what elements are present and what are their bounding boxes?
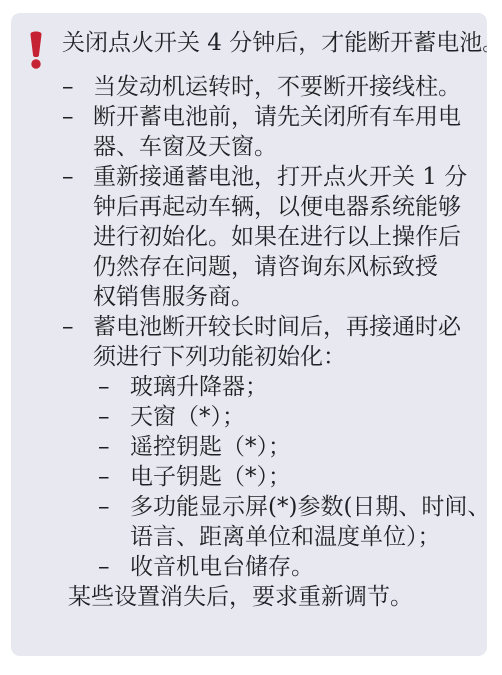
list-item: –断开蓄电池前，请先关闭所有车用电器、车窗及天窗。 xyxy=(28,102,481,162)
list-item-text: 电子钥匙（*）； xyxy=(130,462,291,492)
text-line: 多功能显示屏(*)参数(日期、时间、 xyxy=(130,492,487,522)
dash-marker: – xyxy=(62,312,93,342)
warning-header: 关闭点火开关 4 分钟后，才能断开蓄电池。 xyxy=(28,28,481,69)
text-line: 语言、距离单位和温度单位）； xyxy=(130,522,487,552)
dash-marker: – xyxy=(98,432,130,462)
dash-marker: – xyxy=(98,492,130,522)
list-item-text: 遥控钥匙（*）； xyxy=(130,432,291,462)
text-line: 天窗（*）； xyxy=(130,402,245,432)
text-line: 重新接通蓄电池，打开点火开关 1 分 xyxy=(93,162,467,192)
text-line: 须进行下列功能初始化： xyxy=(93,342,461,372)
list-item-text: 重新接通蓄电池，打开点火开关 1 分钟后再起动车辆，以便电器系统能够进行初始化。… xyxy=(93,162,467,312)
warning-list: –当发动机运转时，不要断开接线柱。–断开蓄电池前，请先关闭所有车用电器、车窗及天… xyxy=(28,72,481,612)
list-item-text: 多功能显示屏(*)参数(日期、时间、语言、距离单位和温度单位）； xyxy=(130,492,487,552)
manual-page: 关闭点火开关 4 分钟后，才能断开蓄电池。 –当发动机运转时，不要断开接线柱。–… xyxy=(0,0,502,675)
dash-marker: – xyxy=(62,72,93,102)
list-item-text: 天窗（*）； xyxy=(130,402,245,432)
warning-panel: 关闭点火开关 4 分钟后，才能断开蓄电池。 –当发动机运转时，不要断开接线柱。–… xyxy=(11,13,487,656)
text-line: 遥控钥匙（*）； xyxy=(130,432,291,462)
dash-marker: – xyxy=(62,102,93,132)
list-item: –蓄电池断开较长时间后，再接通时必须进行下列功能初始化： xyxy=(28,312,481,372)
list-item: –重新接通蓄电池，打开点火开关 1 分钟后再起动车辆，以便电器系统能够进行初始化… xyxy=(28,162,481,312)
text-line: 当发动机运转时，不要断开接线柱。 xyxy=(93,72,461,102)
note-line: 某些设置消失后，要求重新调节。 xyxy=(28,582,481,612)
dash-marker: – xyxy=(98,552,130,582)
list-item: –天窗（*）； xyxy=(28,402,481,432)
text-line: 蓄电池断开较长时间后，再接通时必 xyxy=(93,312,461,342)
dash-marker: – xyxy=(62,162,93,192)
text-line: 某些设置消失后，要求重新调节。 xyxy=(68,582,413,612)
exclamation-icon xyxy=(28,28,62,69)
list-item-text: 蓄电池断开较长时间后，再接通时必须进行下列功能初始化： xyxy=(93,312,461,372)
text-line: 仍然存在问题，请咨询东风标致授 xyxy=(93,252,467,282)
list-item: –当发动机运转时，不要断开接线柱。 xyxy=(28,72,481,102)
list-item: –玻璃升降器； xyxy=(28,372,481,402)
list-item-text: 当发动机运转时，不要断开接线柱。 xyxy=(93,72,461,102)
list-item-text: 某些设置消失后，要求重新调节。 xyxy=(68,582,413,612)
text-line: 进行初始化。如果在进行以上操作后 xyxy=(93,222,467,252)
list-item-text: 玻璃升降器； xyxy=(130,372,268,402)
dash-marker: – xyxy=(98,372,130,402)
text-line: 断开蓄电池前，请先关闭所有车用电 xyxy=(93,102,461,132)
text-line: 玻璃升降器； xyxy=(130,372,268,402)
dash-marker: – xyxy=(98,462,130,492)
dash-marker: – xyxy=(98,402,130,432)
list-item-text: 断开蓄电池前，请先关闭所有车用电器、车窗及天窗。 xyxy=(93,102,461,162)
text-line: 权销售服务商。 xyxy=(93,282,467,312)
text-line: 器、车窗及天窗。 xyxy=(93,132,461,162)
list-item: –遥控钥匙（*）； xyxy=(28,432,481,462)
list-item-text: 收音机电台储存。 xyxy=(130,552,314,582)
list-item: –电子钥匙（*）； xyxy=(28,462,481,492)
list-item: –收音机电台储存。 xyxy=(28,552,481,582)
warning-title: 关闭点火开关 4 分钟后，才能断开蓄电池。 xyxy=(62,28,487,58)
text-line: 收音机电台储存。 xyxy=(130,552,314,582)
text-line: 钟后再起动车辆，以便电器系统能够 xyxy=(93,192,467,222)
list-item: –多功能显示屏(*)参数(日期、时间、语言、距离单位和温度单位）； xyxy=(28,492,481,552)
text-line: 电子钥匙（*）； xyxy=(130,462,291,492)
